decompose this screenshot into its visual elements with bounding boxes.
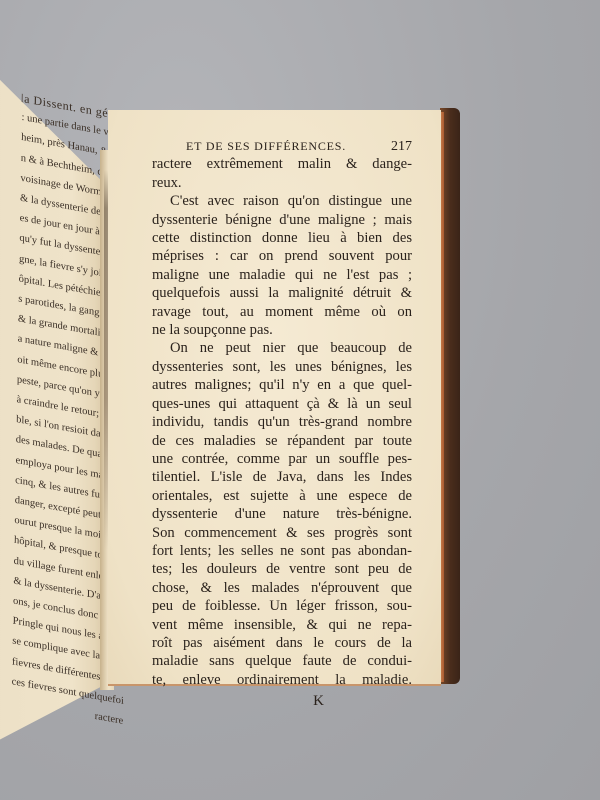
right-page: ET DE SES DIFFÉRENCES. 217 ractere extrê…	[108, 110, 441, 686]
text-line: quelquefois aussi la malignité détruit &	[152, 284, 412, 302]
text-line: tes; les douleurs de ventre sont peu de	[152, 560, 412, 578]
text-line: roît pas aisément dans le cours de la	[152, 634, 412, 652]
text-line: ques-unes qui attaquent çà & là un seul	[152, 395, 412, 413]
text-line: reux.	[152, 174, 412, 192]
signature-mark: K	[152, 692, 412, 710]
text-line: ractere extrêmement malin & dange-	[152, 155, 412, 173]
text-line: On ne peut nier que beaucoup de	[152, 339, 412, 357]
text-line: tilentiel. L'isle de Java, dans les Inde…	[152, 468, 412, 486]
text-line: de ces maladies se répandent par toute	[152, 432, 412, 450]
book-photo: De la Dissent. en gén. : une partie dans…	[0, 0, 600, 800]
text-line: chose, & les malades n'éprouvent que	[152, 579, 412, 597]
running-head-title: ET DE SES DIFFÉRENCES.	[186, 137, 346, 155]
text-line: cette distinction donne lieu à bien des	[152, 229, 412, 247]
text-line: autres malignes; qu'il n'y en a que quel…	[152, 376, 412, 394]
text-line: vent même insensible, & qui ne repa-	[152, 616, 412, 634]
text-line: maligne une maladie qui ne l'est pas ;	[152, 266, 412, 284]
text-line: une contrée, comme par un souffle pes-	[152, 450, 412, 468]
text-line: fort lents; les selles ne sont pas abond…	[152, 542, 412, 560]
text-line: ravage tout, au moment même où on	[152, 303, 412, 321]
page-number: 217	[391, 138, 412, 156]
text-line: dyssenterie d'une nature très-bénigne.	[152, 505, 412, 523]
text-line: Son commencement & ses progrès sont	[152, 524, 412, 542]
right-page-text: ET DE SES DIFFÉRENCES. 217 ractere extrê…	[152, 137, 412, 711]
text-line: peu de foiblesse. Un léger frisson, sou-	[152, 597, 412, 615]
text-line: ne la soupçonne pas.	[152, 321, 412, 339]
text-line: méprises : car on prend souvent pour	[152, 247, 412, 265]
text-line: maladie sans quelque faute de condui-	[152, 652, 412, 670]
running-head: ET DE SES DIFFÉRENCES. 217	[152, 137, 412, 156]
text-line: individu, tandis qu'un très-grand nombre	[152, 413, 412, 431]
text-line: te, enleve ordinairement la maladie.	[152, 671, 412, 689]
text-line: dyssenterie bénigne d'une maligne ; mais	[152, 211, 412, 229]
text-line: orientales, est sujette à une espece de	[152, 487, 412, 505]
text-line: C'est avec raison qu'on distingue une	[152, 192, 412, 210]
text-line: dyssenteries sont, les unes bénignes, le…	[152, 358, 412, 376]
